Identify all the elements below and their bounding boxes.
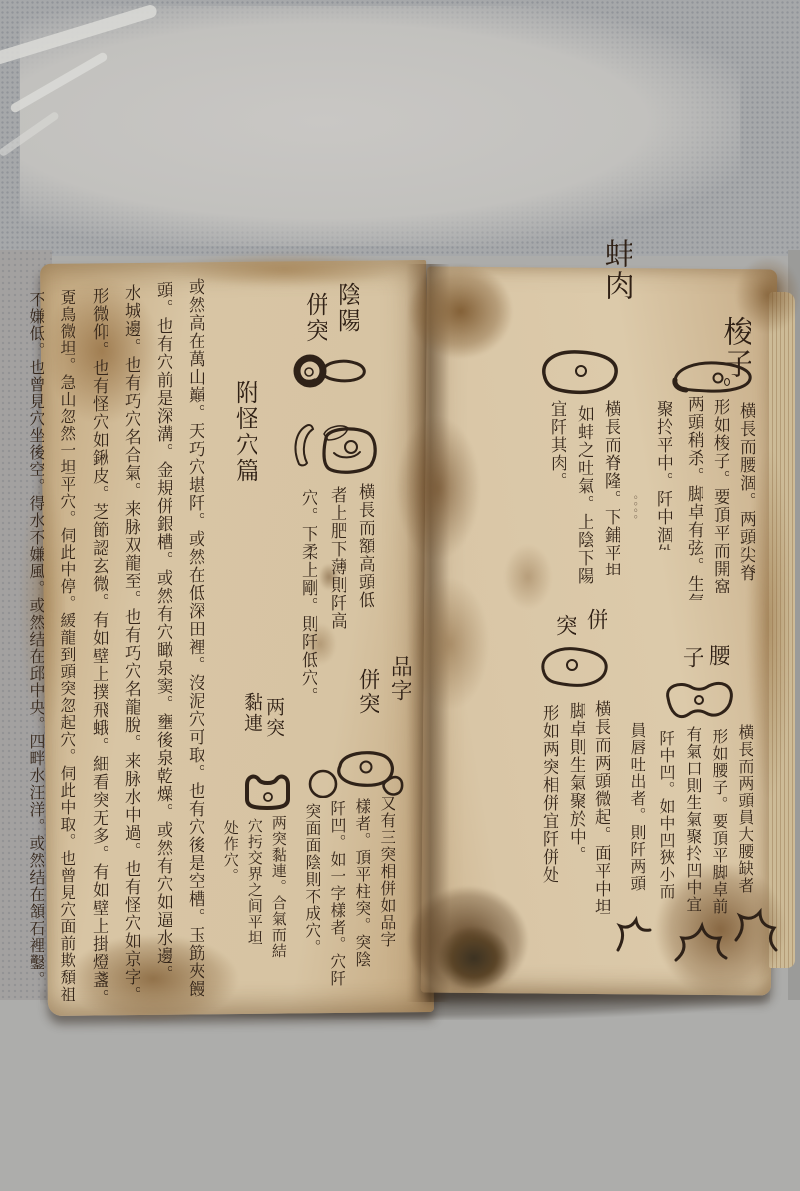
liangtu-header-left: 黏連 — [242, 692, 262, 748]
yaozi-header-right: 腰 — [706, 644, 729, 678]
torn-top-edge — [140, 248, 430, 292]
verse-column-3: 水城邊。也有巧穴名合氣。来脉双龍至。也有巧穴名龍脫。来脉水中過。也有怪穴如京字。 — [122, 284, 140, 996]
bingtu-text-1: 横長而两頭微起。面平中坦 — [592, 700, 610, 915]
bingtu-text-3: 形如两突相併宜阡併处 — [540, 704, 558, 904]
yinyang-ring-oval-diagram — [291, 349, 371, 393]
suozi-text-3: 两頭稍杀。脚卓有弦。生氣 — [685, 395, 703, 600]
bingtu-mound-diagram — [536, 640, 614, 690]
bingtu-header-right: 併 — [584, 608, 607, 642]
bangrou-header: 蚌肉 — [600, 238, 632, 356]
yaozi-header-left: 子 — [680, 646, 703, 680]
yinyang-text-1: 横長而額高頭低 — [356, 483, 374, 635]
pinzi-text-3: 阡凹。如一字樣者。穴阡 — [328, 800, 345, 990]
verse-column-6: 不嫌低。也曾見穴坐後空。得水不嫌風。或然结在邱中央。四畔水汪洋。或然结在頷石裡鑿… — [27, 291, 44, 1001]
yaozi-text-2: 形如腰子。要頂平脚卓前 — [710, 728, 727, 946]
verse-column-1: 或然高在萬山巔。天巧穴堪阡。或然在低深田裡。沒泥穴可取。也有穴後是空槽。玉筯夾饅 — [186, 278, 204, 998]
liangtu-text-3: 处作穴。 — [222, 820, 238, 895]
manuscript-photo: 附怪穴篇 或然高在萬山巔。天巧穴堪阡。或然在低深田裡。沒泥穴可取。也有穴後是空槽… — [0, 0, 800, 1191]
yaozi-text-5: 員唇吐出者。則阡两頭 — [628, 722, 645, 927]
emphasis-dots: 。。。。 — [733, 540, 745, 595]
bangrou-text-2: 如蚌之吐氣。上陰下陽。 — [575, 405, 593, 585]
liangtu-text-2: 穴扝交界之间平坦 — [246, 818, 262, 983]
emphasis-dots: 。。。。 — [626, 495, 638, 567]
bangrou-mound-diagram — [534, 344, 624, 398]
bangrou-text-3: 宜阡其肉。 — [548, 400, 566, 490]
floor-light-patch — [20, 6, 740, 246]
pinzi-triple-mound-diagram — [306, 746, 404, 798]
bangrou-text-1: 横長而脊隆。下鋪平坦。 — [602, 400, 620, 575]
verse-column-5: 覔鳥微坦。急山忽然一坦平穴。伺此中停。緩龍到頭突忽起穴。伺此中取。也曾見穴面前欺… — [58, 289, 75, 1001]
pinzi-header-left: 併突 — [356, 668, 379, 730]
yaozi-mound-diagram — [660, 676, 738, 724]
hole-bottom-center — [437, 926, 511, 990]
yaozi-text-3: 有氣口則生氣聚扵凹中宜 — [684, 726, 701, 948]
verse-column-4: 形微仰。也有怪穴如鍬皮。芝節認玄微。有如壁上撲飛蛾。細看突无多。有如壁上掛燈盞。 — [90, 287, 108, 997]
pinzi-text-4: 突面面陰則不成穴。 — [303, 803, 320, 983]
stain-gutter-middle — [398, 556, 502, 732]
liangtu-header-right: 两突 — [264, 697, 284, 753]
liangtu-text-1: 两突黏連。合氣而結 — [270, 815, 286, 995]
yinyang-text-2: 者上肥下薄則阡高 — [328, 486, 346, 656]
yinyang-header-right: 陰陽 — [334, 282, 359, 348]
bingtu-text-2: 脚卓則生氣聚於中。 — [567, 702, 585, 872]
verse-column-2: 頭。也有穴前是深溝。金規併銀槽。或然有穴瞰泉窦。壅後泉乾燥。或然有穴如逼水邊。 — [154, 281, 172, 997]
pinzi-text-2: 樣者。頂平柱突。突陰 — [353, 798, 370, 988]
yinyang-text-3: 穴。下柔上剛。則阡低穴。 — [299, 489, 317, 699]
liangtu-joined-mound-diagram — [240, 770, 295, 812]
suozi-text-2: 形如梭子。要頂平而開窩 — [711, 398, 729, 593]
yinyang-crescent-mound-diagram — [288, 420, 383, 478]
suozi-text-4: 聚扵平中。阡中涸处。 — [654, 400, 672, 550]
pinzi-text-1: 又有三突相併如品字 — [378, 795, 395, 987]
pinzi-header-right: 品字 — [388, 655, 411, 717]
chapter-title: 附怪穴篇 — [232, 380, 257, 492]
stain-small-2 — [496, 534, 560, 620]
suozi-mound-diagram — [668, 354, 758, 398]
yaozi-text-4: 阡中凹。如中凹狹小而 — [657, 730, 674, 942]
yaozi-text-1: 横長而两頭員大腰缺者 — [736, 724, 753, 942]
